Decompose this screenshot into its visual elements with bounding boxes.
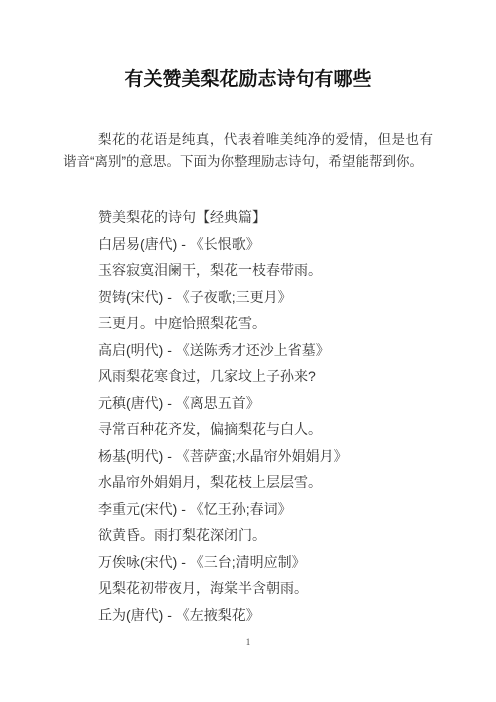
poem-author-line: 高启(明代) - 《送陈秀才还沙上省墓》 — [63, 337, 433, 364]
poem-author-line: 元稹(唐代) - 《离思五首》 — [63, 390, 433, 417]
document-title: 有关赞美梨花励志诗句有哪些 — [63, 66, 433, 93]
poem-list: 赞美梨花的诗句【经典篇】 白居易(唐代) - 《长恨歌》 玉容寂寞泪阑干，梨花一… — [63, 204, 433, 628]
poem-author-line: 丘为(唐代) - 《左掖梨花》 — [63, 602, 433, 629]
poem-verse-line: 风雨梨花寒食过，几家坟上子孙来? — [63, 363, 433, 390]
poem-verse-line: 三更月。中庭恰照梨花雪。 — [63, 310, 433, 337]
poem-author-line: 贺铸(宋代) - 《子夜歌;三更月》 — [63, 284, 433, 311]
poem-verse-line: 玉容寂寞泪阑干，梨花一枝春带雨。 — [63, 257, 433, 284]
poem-verse-line: 水晶帘外娟娟月，梨花枝上层层雪。 — [63, 469, 433, 496]
poem-verse-line: 寻常百种花齐发，偏摘梨花与白人。 — [63, 416, 433, 443]
poem-author-line: 李重元(宋代) - 《忆王孙;春词》 — [63, 496, 433, 523]
poem-verse-line: 见梨花初带夜月，海棠半含朝雨。 — [63, 575, 433, 602]
page-number: 1 — [0, 637, 496, 647]
poem-author-line: 万俟咏(宋代) - 《三台;清明应制》 — [63, 549, 433, 576]
poem-verse-line: 欲黄昏。雨打梨花深闭门。 — [63, 522, 433, 549]
poem-author-line: 杨基(明代) - 《菩萨蛮;水晶帘外娟娟月》 — [63, 443, 433, 470]
document-page: 有关赞美梨花励志诗句有哪些 梨花的花语是纯真，代表着唯美纯净的爱情，但是也有谐音… — [0, 0, 496, 702]
intro-paragraph: 梨花的花语是纯真，代表着唯美纯净的爱情，但是也有谐音“离别”的意思。下面为你整理… — [63, 129, 433, 173]
document-content: 有关赞美梨花励志诗句有哪些 梨花的花语是纯真，代表着唯美纯净的爱情，但是也有谐音… — [0, 0, 496, 628]
poem-author-line: 白居易(唐代) - 《长恨歌》 — [63, 231, 433, 258]
section-heading: 赞美梨花的诗句【经典篇】 — [63, 204, 433, 231]
